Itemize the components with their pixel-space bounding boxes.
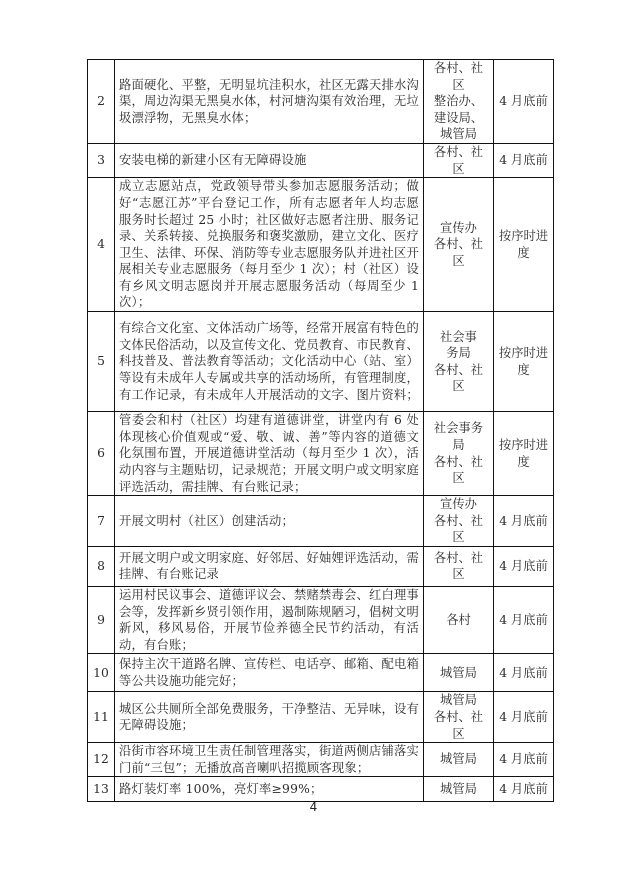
deadline: 按序时进度 <box>494 312 554 412</box>
department-line: 区 <box>428 253 489 270</box>
department-line: 社会事 <box>428 329 489 346</box>
department-line: 社会事务 <box>428 420 489 437</box>
table-row: 3安装电梯的新建小区有无障碍设施各村、社区4 月底前 <box>88 144 554 178</box>
table-row: 6管委会和村（社区）均建有道德讲堂，讲堂内有 6 处体现核心价值观或“爱、敬、诚… <box>88 412 554 496</box>
row-number: 11 <box>88 692 115 743</box>
task-content: 有综合文化室、文体活动广场等，经常开展富有特色的文体民俗活动，以及宣传文化、党员… <box>115 312 424 412</box>
department-line: 建设局、 <box>428 110 489 127</box>
department-line: 城管局 <box>428 126 489 143</box>
deadline: 4 月底前 <box>494 60 554 144</box>
department-line: 区 <box>428 161 489 178</box>
department-line: 局 <box>428 437 489 454</box>
responsible-department: 宣传办各村、社区 <box>424 496 494 547</box>
responsible-department: 社会事务局各村、社区 <box>424 412 494 496</box>
department-line: 宣传办 <box>428 220 489 237</box>
department-line: 各村、社 <box>428 513 489 530</box>
department-line: 各村 <box>428 612 489 629</box>
department-line: 区 <box>428 77 489 94</box>
deadline: 4 月底前 <box>494 144 554 178</box>
row-number: 5 <box>88 312 115 412</box>
table-row: 5有综合文化室、文体活动广场等，经常开展富有特色的文体民俗活动，以及宣传文化、党… <box>88 312 554 412</box>
task-table-body: 2路面硬化、平整，无明显坑洼积水，社区无露天排水沟渠，周边沟渠无黑臭水体，村河塘… <box>88 60 554 802</box>
department-line: 各村、社 <box>428 144 489 161</box>
table-row: 10保持主次干道路名牌、宣传栏、电话亭、邮箱、配电箱等公共设施功能完好；城管局4… <box>88 654 554 692</box>
responsible-department: 城管局 <box>424 777 494 802</box>
department-line: 各村、社 <box>428 454 489 471</box>
task-content: 沿街市容环境卫生责任制管理落实，街道两侧店铺落实门前“三包”；无播放高音喇叭招揽… <box>115 743 424 777</box>
responsible-department: 宣传办各村、社区 <box>424 178 494 312</box>
deadline: 4 月底前 <box>494 654 554 692</box>
row-number: 4 <box>88 178 115 312</box>
deadline: 4 月底前 <box>494 692 554 743</box>
task-table: 2路面硬化、平整，无明显坑洼积水，社区无露天排水沟渠，周边沟渠无黑臭水体，村河塘… <box>87 59 554 802</box>
table-row: 11城区公共厕所全部免费服务，干净整洁、无异味，设有无障碍设施；城管局各村、社区… <box>88 692 554 743</box>
department-line: 城管局 <box>428 692 489 709</box>
deadline: 4 月底前 <box>494 743 554 777</box>
responsible-department: 各村、社区 <box>424 546 494 586</box>
responsible-department: 各村、社区整治办、建设局、城管局 <box>424 60 494 144</box>
deadline: 按序时进度 <box>494 178 554 312</box>
department-line: 城管局 <box>428 751 489 768</box>
table-row: 4成立志愿站点，党政领导带头参加志愿服务活动；做好“志愿江苏”平台登记工作，所有… <box>88 178 554 312</box>
row-number: 13 <box>88 777 115 802</box>
deadline: 4 月底前 <box>494 586 554 653</box>
task-content: 城区公共厕所全部免费服务，干净整洁、无异味，设有无障碍设施； <box>115 692 424 743</box>
table-row: 13路灯装灯率 100%，亮灯率≥99%；城管局4 月底前 <box>88 777 554 802</box>
task-content: 路灯装灯率 100%，亮灯率≥99%； <box>115 777 424 802</box>
table-row: 12沿街市容环境卫生责任制管理落实，街道两侧店铺落实门前“三包”；无播放高音喇叭… <box>88 743 554 777</box>
task-content: 开展文明户或文明家庭、好邻居、好妯娌评选活动，需挂牌、有台账记录 <box>115 546 424 586</box>
table-row: 9运用村民议事会、道德评议会、禁赌禁毒会、红白理事会等，发挥新乡贤引领作用，遏制… <box>88 586 554 653</box>
row-number: 12 <box>88 743 115 777</box>
deadline: 按序时进度 <box>494 412 554 496</box>
row-number: 7 <box>88 496 115 547</box>
responsible-department: 各村 <box>424 586 494 653</box>
row-number: 9 <box>88 586 115 653</box>
responsible-department: 各村、社区 <box>424 144 494 178</box>
department-line: 区 <box>428 726 489 743</box>
responsible-department: 社会事务局各村、社区 <box>424 312 494 412</box>
task-content: 运用村民议事会、道德评议会、禁赌禁毒会、红白理事会等，发挥新乡贤引领作用，遏制陈… <box>115 586 424 653</box>
department-line: 各村、社 <box>428 550 489 567</box>
department-line: 区 <box>428 470 489 487</box>
department-line: 各村、社 <box>428 60 489 77</box>
department-line: 区 <box>428 529 489 546</box>
row-number: 8 <box>88 546 115 586</box>
department-line: 区 <box>428 378 489 395</box>
task-content: 开展文明村（社区）创建活动； <box>115 496 424 547</box>
responsible-department: 城管局 <box>424 743 494 777</box>
department-line: 整治办、 <box>428 93 489 110</box>
department-line: 各村、社 <box>428 362 489 379</box>
deadline: 4 月底前 <box>494 777 554 802</box>
department-line: 各村、社 <box>428 709 489 726</box>
task-content: 管委会和村（社区）均建有道德讲堂，讲堂内有 6 处体现核心价值观或“爱、敬、诚、… <box>115 412 424 496</box>
responsible-department: 城管局各村、社区 <box>424 692 494 743</box>
task-content: 保持主次干道路名牌、宣传栏、电话亭、邮箱、配电箱等公共设施功能完好； <box>115 654 424 692</box>
table-row: 2路面硬化、平整，无明显坑洼积水，社区无露天排水沟渠，周边沟渠无黑臭水体，村河塘… <box>88 60 554 144</box>
department-line: 各村、社 <box>428 236 489 253</box>
task-content: 安装电梯的新建小区有无障碍设施 <box>115 144 424 178</box>
table-row: 7开展文明村（社区）创建活动；宣传办各村、社区4 月底前 <box>88 496 554 547</box>
row-number: 10 <box>88 654 115 692</box>
responsible-department: 城管局 <box>424 654 494 692</box>
row-number: 3 <box>88 144 115 178</box>
department-line: 务局 <box>428 345 489 362</box>
department-line: 城管局 <box>428 665 489 682</box>
task-content: 路面硬化、平整，无明显坑洼积水，社区无露天排水沟渠，周边沟渠无黑臭水体，村河塘沟… <box>115 60 424 144</box>
deadline: 4 月底前 <box>494 546 554 586</box>
task-content: 成立志愿站点，党政领导带头参加志愿服务活动；做好“志愿江苏”平台登记工作，所有志… <box>115 178 424 312</box>
table-row: 8开展文明户或文明家庭、好邻居、好妯娌评选活动，需挂牌、有台账记录各村、社区4 … <box>88 546 554 586</box>
department-line: 区 <box>428 566 489 583</box>
department-line: 城管局 <box>428 781 489 798</box>
deadline: 4 月底前 <box>494 496 554 547</box>
row-number: 2 <box>88 60 115 144</box>
row-number: 6 <box>88 412 115 496</box>
department-line: 宣传办 <box>428 496 489 513</box>
page-number: 4 <box>0 800 627 814</box>
